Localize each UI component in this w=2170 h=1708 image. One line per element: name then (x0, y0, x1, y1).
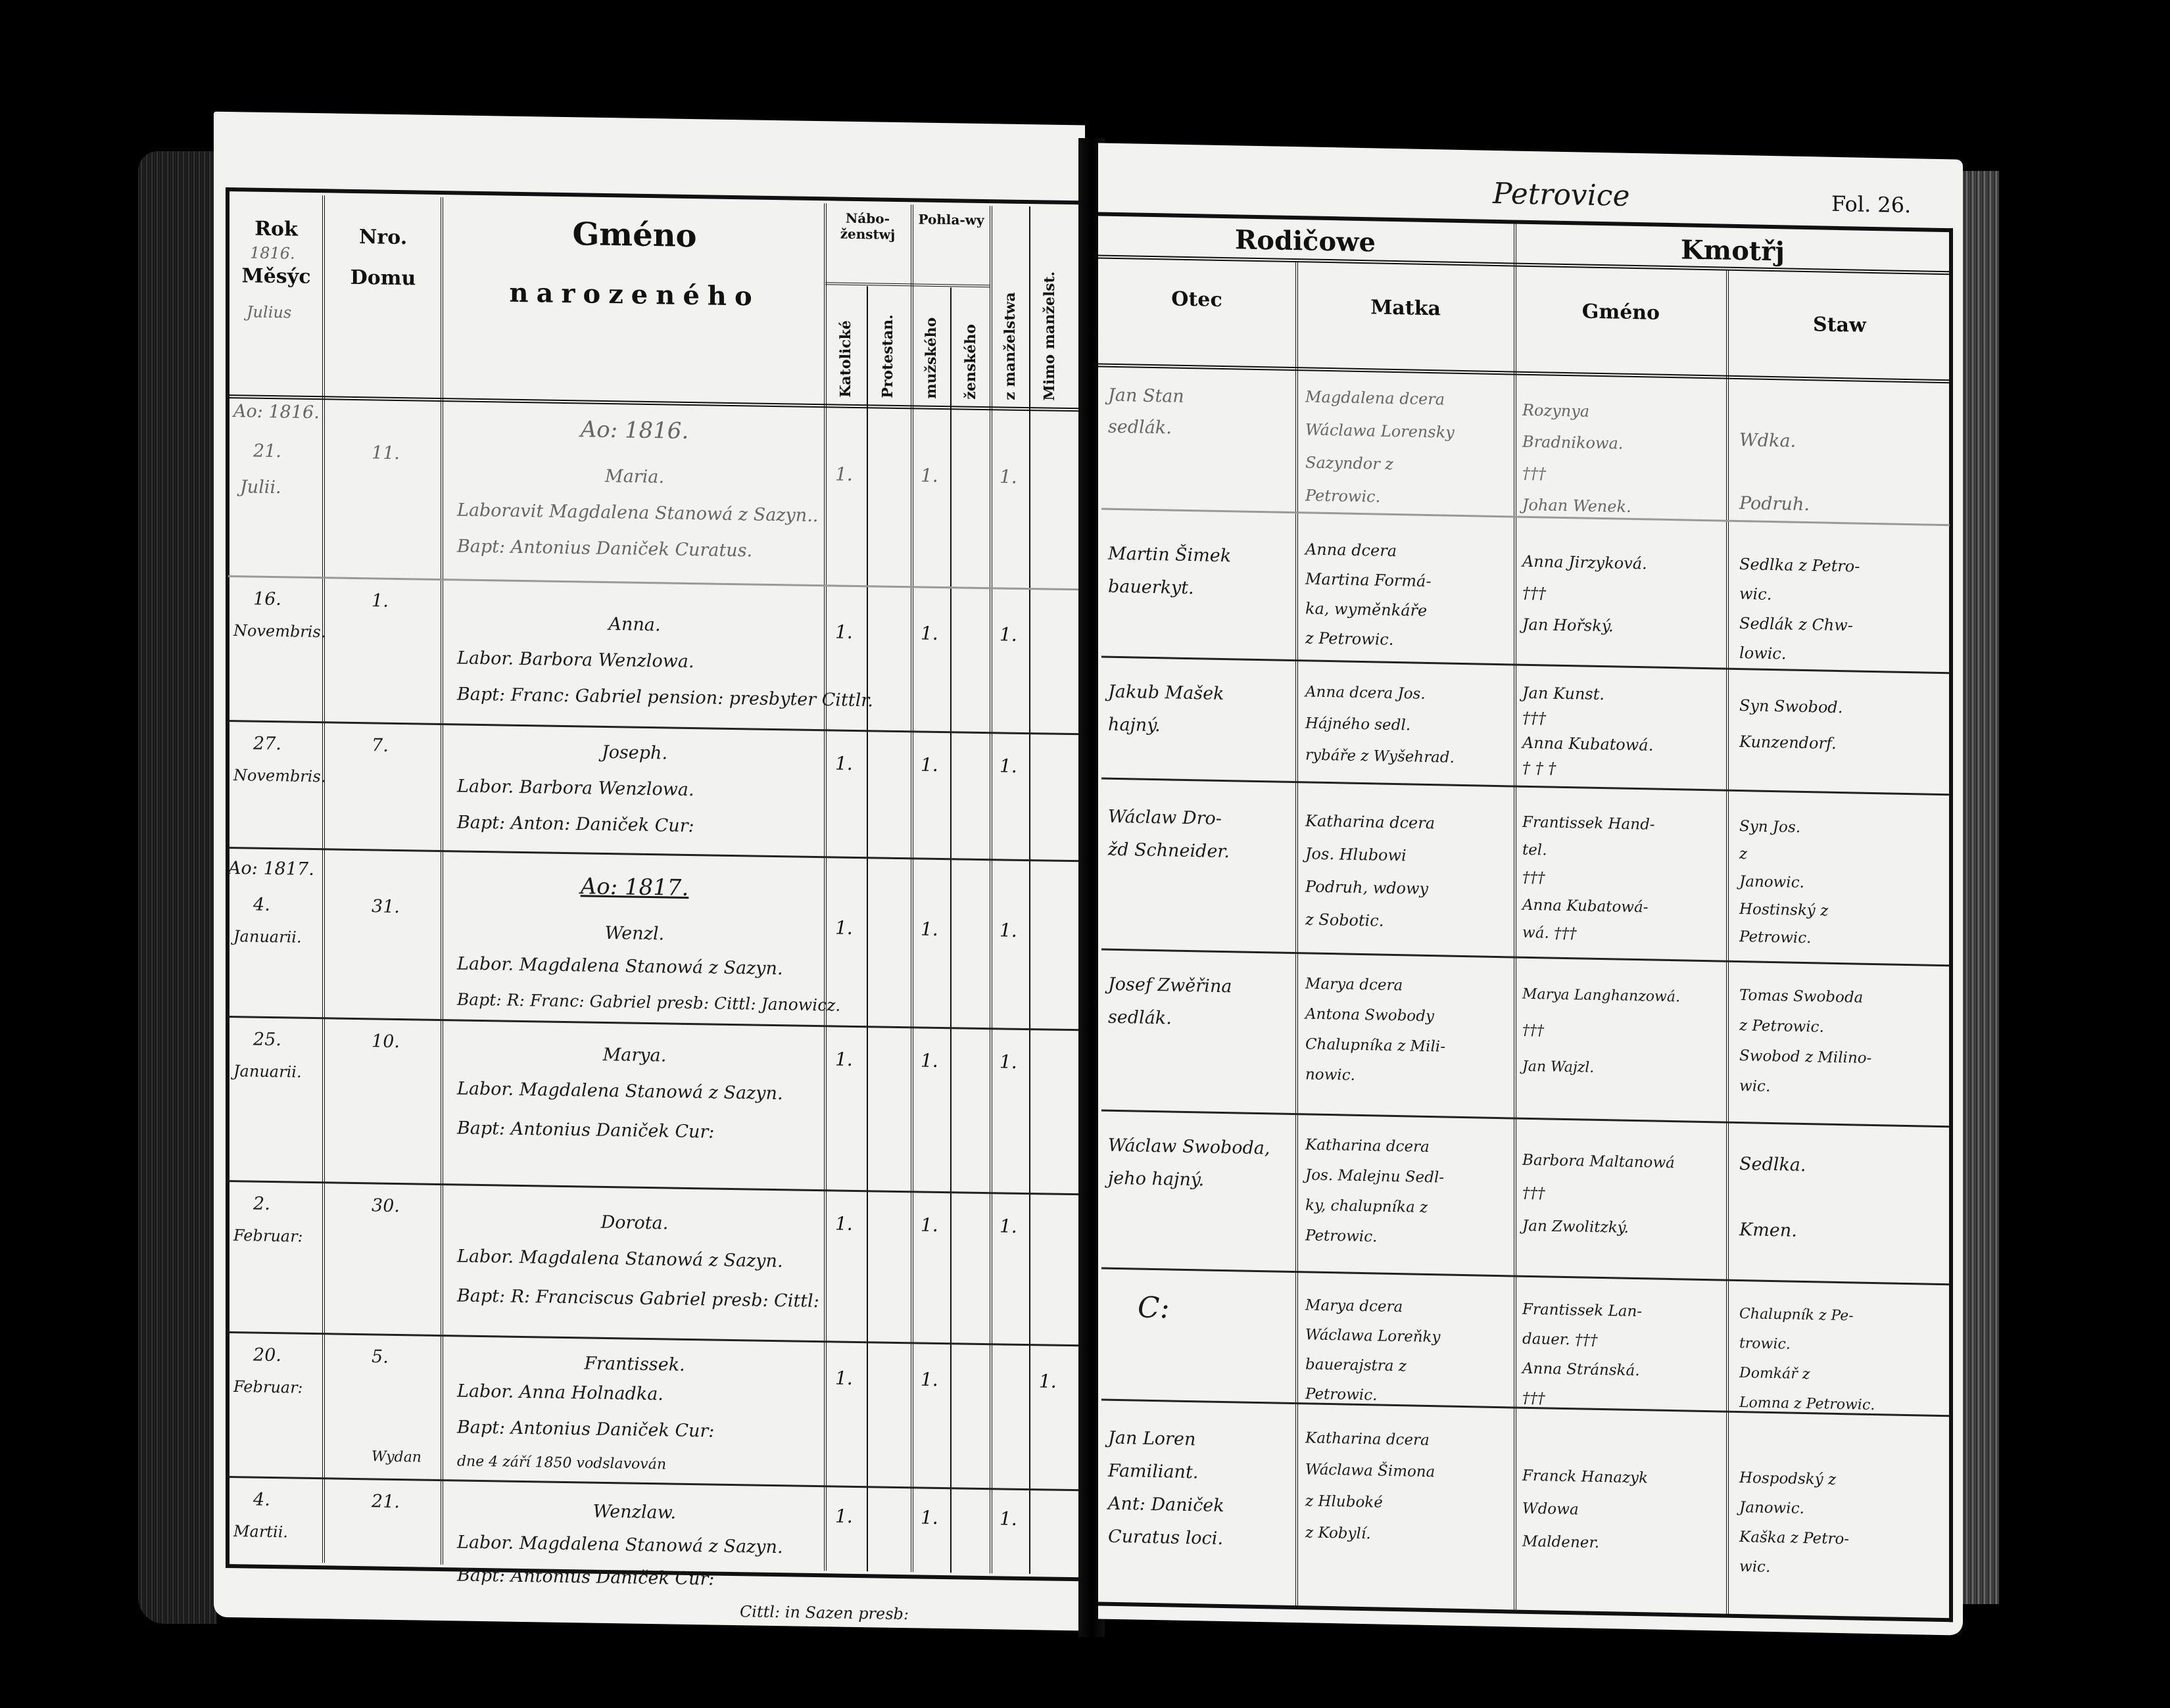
entry-month: Novembris. (233, 766, 325, 786)
father-cell: C: (1138, 1291, 1170, 1325)
godparent-name-cell: Frantissek Hand-tel.†††Anna Kubatowá-wá.… (1522, 809, 1655, 949)
mother-cell: Katharina dceraWáclawa Šimonaz Hlubokéz … (1305, 1422, 1435, 1551)
entry-day: 25. (253, 1030, 281, 1051)
col-divider (1295, 262, 1298, 1606)
mark-muzskeho: 1. (921, 1506, 938, 1528)
header-gmeno: Gméno (450, 214, 819, 256)
header-muzskeho: mužského (923, 300, 940, 399)
mark-katolicke: 1. (835, 1367, 853, 1388)
entry-baptist-line: Bapt: Antonius Daniček Cur: (457, 1118, 714, 1142)
godparent-name-cell: Jan Kunst.†††Anna Kubatowá.† † † (1522, 680, 1653, 783)
mark-muzskeho: 1. (921, 753, 938, 775)
godparent-status-cell: Hospodský zJanowic.Kaška z Petro-wic. (1739, 1463, 1849, 1584)
godparent-status-cell: Chalupník z Pe-trowic.Domkář zLomna z Pe… (1739, 1299, 1875, 1420)
entry-day: 21. (253, 441, 281, 462)
father-cell: Wáclaw Swoboda,jeho hajný. (1108, 1129, 1270, 1198)
mother-cell: Anna dcera Jos.Hájného sedl.rybáře z Wyš… (1305, 676, 1455, 773)
mark-katolicke: 1. (835, 1505, 853, 1527)
mark-muzskeho: 1. (921, 1214, 938, 1235)
entry-month: Julii. (240, 477, 281, 498)
header-kmotri-gmeno: Gméno (1519, 299, 1723, 326)
entry-house: 30. (372, 1195, 400, 1216)
mother-cell: Katharina dceraJos. Malejnu Sedl-ky, cha… (1305, 1129, 1444, 1253)
header-z-manzelstva: z manželstwa (1001, 255, 1019, 400)
header-nro: Nro. (329, 225, 437, 250)
father-cell: Jan LorenFamiliant.Ant: DaničekCuratus l… (1108, 1422, 1224, 1555)
entry-mother-line: Labor. Barbora Wenzlowa. (457, 648, 694, 672)
header-otec: Otec (1098, 286, 1295, 313)
mark-muzskeho: 1. (921, 1049, 938, 1071)
col-divider (441, 197, 443, 1565)
godparent-name-cell: Anna Jirzyková.†††Jan Hořský. (1522, 546, 1647, 643)
father-cell: Jan Stansedlák. (1108, 380, 1184, 444)
entry-baptist-line: Bapt: Anton: Daniček Cur: (457, 812, 694, 836)
year-marker: Ao: 1816. (233, 401, 320, 423)
entry-house: 5. (372, 1346, 389, 1367)
col-divider (1029, 206, 1030, 1574)
header-staw: Staw (1729, 312, 1950, 339)
mark-katolicke: 1. (835, 621, 853, 642)
godparent-status-cell: Wdka.Podruh. (1739, 425, 1810, 521)
entry-note: dne 4 září 1850 vodslavován (457, 1453, 666, 1473)
entry-mother-line: Labor. Barbora Wenzlowa. (457, 776, 694, 800)
godparent-name-cell: Franck HanazykWdowaMaldener. (1522, 1459, 1648, 1561)
header-year-annotation: 1816. (250, 243, 295, 262)
father-cell: Josef Zwěřinasedlák. (1108, 968, 1232, 1037)
entry-day: 4. (253, 1490, 270, 1510)
header-matka: Matka (1299, 295, 1512, 321)
header-domu: Domu (329, 266, 437, 291)
entry-house: 10. (372, 1031, 400, 1052)
entry-house: 7. (372, 735, 389, 755)
col-divider (990, 206, 992, 1573)
mark-katolicke: 1. (835, 752, 853, 774)
left-page: Rok 1816. Měsýc Julius Nro. Domu Gméno n… (214, 112, 1085, 1631)
godparent-name-cell: Frantissek Lan-dauer. †††Anna Stránská.†… (1522, 1295, 1642, 1415)
mark-z-manzelstva: 1. (1000, 919, 1017, 941)
entry-month: Februar: (233, 1377, 303, 1397)
mother-cell: Magdalena dceraWáclawa LorenskySazyndor … (1305, 380, 1455, 514)
godparent-name-cell: Marya Langhanzowá.†††Jan Wajzl. (1522, 976, 1680, 1088)
mother-cell: Katharina dceraJos. HlubowiPodruh, wdowy… (1305, 804, 1435, 938)
godparent-name-cell: Barbora Maltanowá†††Jan Zwolitzký. (1522, 1144, 1675, 1245)
header-mimo-manzelstvi: Mimo manželst. (1041, 216, 1058, 400)
mark-z-manzelstva: 1. (1000, 755, 1017, 776)
godparent-status-cell: Syn Swobod.Kunzendorf. (1739, 688, 1843, 762)
header-katolicke: Katolické (837, 298, 854, 397)
mark-muzskeho: 1. (921, 622, 938, 644)
mark-katolicke: 1. (835, 916, 853, 938)
col-divider (824, 203, 827, 1571)
folio-number: Fol. 26. (1831, 191, 1911, 218)
mark-z-manzelstva: 1. (1000, 1051, 1017, 1072)
entry-day: 2. (253, 1194, 270, 1214)
col-divider (950, 287, 952, 1573)
mark-z-manzelstva: 1. (1000, 465, 1017, 487)
header-protestan: Protestan. (879, 299, 896, 398)
entry-month: Februar: (233, 1226, 303, 1246)
mark-muzskeho: 1. (921, 1368, 938, 1390)
mark-katolicke: 1. (835, 1212, 853, 1234)
entry-day: 4. (253, 895, 270, 915)
mark-katolicke: 1. (835, 463, 853, 485)
mother-cell: Marya dceraAntona SwobodyChalupníka z Mi… (1305, 968, 1445, 1092)
entry-day: 16. (253, 589, 281, 610)
entry-note: Cittl: in Sazen presb: (740, 1602, 909, 1623)
mark-muzskeho: 1. (921, 918, 938, 939)
entry-month: Januarii. (233, 1062, 302, 1081)
godparent-status-cell: Tomas Swobodaz Petrowic.Swobod z Milino-… (1739, 980, 1871, 1104)
entry-house: 11. (372, 442, 400, 463)
entry-day: 20. (253, 1345, 281, 1366)
mark-katolicke: 1. (835, 1048, 853, 1070)
mark-muzskeho: 1. (921, 464, 938, 486)
entry-baptist-line: Bapt: Antonius Daniček Cur: (457, 1417, 714, 1441)
header-zenskeho: ženského (962, 300, 979, 399)
col-divider (1514, 224, 1516, 1611)
entry-house: 1. (372, 590, 389, 611)
godparent-name-cell: RozynyaBradnikowa.†††Johan Wenek. (1522, 394, 1631, 523)
godparent-status-cell: Sedlka z Petro-wic.Sedlák z Chw-lowic. (1739, 550, 1860, 671)
entry-day: 27. (253, 734, 281, 755)
father-cell: Martin Šimekbauerkyt. (1108, 538, 1231, 606)
entry-baptist-line: Bapt: Antonius Daniček Cur: (457, 1565, 714, 1589)
entry-month: Januarii. (233, 927, 302, 947)
entry-month: Novembris. (233, 621, 325, 641)
header-rok: Rok (233, 217, 319, 241)
mark-z-manzelstva: 1. (1000, 1507, 1017, 1529)
mark-mimo-manzelstvi: 1. (1039, 1370, 1057, 1392)
header-nabozenstvi: Nábo-ženstwj (827, 210, 909, 243)
mark-z-manzelstva: 1. (1000, 1215, 1017, 1237)
entry-house: 31. (372, 896, 400, 917)
book-edge-left (138, 151, 217, 1624)
header-month-annotation: Julius (247, 302, 291, 321)
year-marker: Ao: 1817. (228, 858, 314, 880)
col-divider (322, 195, 325, 1563)
entry-house: 21. (372, 1491, 400, 1512)
header-mesic: Měsýc (233, 264, 319, 289)
book-edge-right (1963, 171, 1999, 1604)
entry-mother-line: Labor. Anna Holnadka. (457, 1381, 663, 1404)
header-pohlavi: Pohla-wy (913, 211, 989, 228)
godparent-status-cell: Syn Jos.zJanowic.Hostinský zPetrowic. (1739, 813, 1828, 953)
right-page: Petrovice Fol. 26. Rodičowe Kmotřj Otec … (1098, 143, 1963, 1635)
col-divider (867, 286, 868, 1571)
godparent-status-cell: Sedlka.Kmen. (1739, 1148, 1806, 1248)
father-cell: Wáclaw Dro-žd Schneider. (1108, 801, 1230, 869)
father-cell: Jakub Mašekhajný. (1108, 676, 1224, 744)
header-narozeneho: narozeného (450, 276, 819, 313)
col-divider (911, 204, 913, 1572)
place-name: Petrovice (1493, 177, 1629, 213)
col-divider (1726, 270, 1729, 1615)
mother-cell: Marya dceraWáclawa Loreňkybauerajstra zP… (1305, 1291, 1440, 1411)
mother-cell: Anna dceraMartina Formá-ka, wyměnkářez P… (1305, 534, 1432, 655)
entry-month: Martii. (233, 1522, 288, 1541)
note-house: Wydan (372, 1448, 422, 1465)
mark-z-manzelstva: 1. (1000, 623, 1017, 645)
